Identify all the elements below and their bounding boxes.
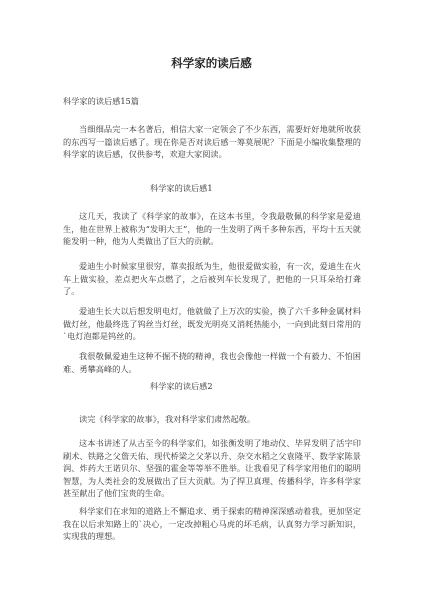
document-subtitle: 科学家的读后感15篇 [63,96,139,107]
document-title: 科学家的读后感 [0,55,423,71]
section-heading-2: 科学家的读后感2 [150,381,213,392]
section2-paragraph-1: 读完《科学家的故事》，我对科学家们肃然起敬。 [63,413,361,426]
section1-paragraph-2: 爱迪生小时候家里很穷，靠卖报纸为生，他很爱做实验，有一次，爱迪生在火车上做实验，… [63,260,361,298]
section2-paragraph-2: 这本书讲述了从古至今的科学家们，如张衡发明了地动仪、毕昇发明了活字印刷术、铁路之… [63,437,361,500]
section1-paragraph-4: 我很敬佩爱迪生这种不掘不挠的精神，我也会像他一样做一个有毅力、不怕困难、勇攀高峰… [63,350,361,375]
document-page: 科学家的读后感 科学家的读后感15篇 当细细品完一本名著后，相信大家一定领会了不… [0,0,423,600]
section-heading-1: 科学家的读后感1 [150,183,213,194]
section1-paragraph-1: 这几天，我读了《科学家的故事》，在这本书里，令我最敬佩的科学家是爱迪生，他在世界… [63,210,361,248]
section1-paragraph-3: 爱迪生长大以后想发明电灯，他就做了上万次的实验，换了六千多种金属材料做灯丝，他最… [63,305,361,343]
section2-paragraph-3: 科学家们在求知的道路上不懈追求、勇于探索的精神深深感动着我，更加坚定我在以后求知… [63,505,361,543]
intro-paragraph: 当细细品完一本名著后，相信大家一定领会了不少东西，需要好好地就所收获的东西写一篇… [63,123,361,161]
